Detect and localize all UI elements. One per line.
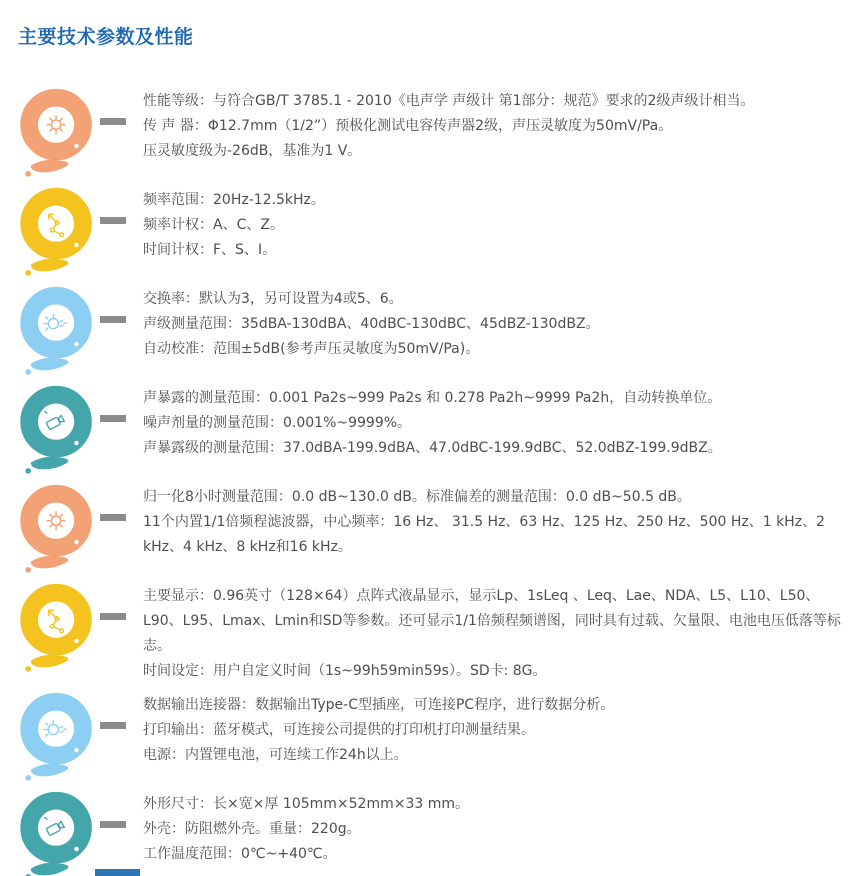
spec-line: 噪声剂量的测量范围：0.001%~9999%。	[143, 411, 845, 436]
bulb-icon	[18, 285, 96, 377]
spec-line: 打印输出：蓝牙模式，可连接公司提供的打印机打印测量结果。	[143, 718, 845, 743]
spec-line: 外壳：防阻燃外壳。重量：220g。	[143, 817, 845, 842]
spec-line: 交换率：默认为3，另可设置为4或5、6。	[143, 287, 845, 312]
share-icon	[18, 582, 96, 674]
spec-section-normalized-range: 归一化8小时测量范围：0.0 dB~130.0 dB。标准偏差的测量范围：0.0…	[18, 483, 850, 575]
spec-line: 主要显示：0.96英寸（128×64）点阵式液晶显示，显示Lp、1sLeq 、L…	[143, 584, 845, 659]
spec-line: 压灵敏度级为-26dB，基准为1 V。	[143, 139, 845, 164]
spec-section-sound-exposure: 声暴露的测量范围：0.001 Pa2s~999 Pa2s 和 0.278 Pa2…	[18, 384, 850, 476]
spec-line: 电源：内置锂电池，可连续工作24h以上。	[143, 743, 845, 768]
spec-line: 性能等级：与符合GB/T 3785.1 - 2010《电声学 声级计 第1部分：…	[143, 89, 845, 114]
connector-dash	[100, 722, 126, 729]
spec-line: 外形尺寸：长×宽×厚 105mm×52mm×33 mm。	[143, 792, 845, 817]
bulb-icon	[18, 691, 96, 783]
connector-dash	[100, 217, 126, 224]
camera-icon	[18, 384, 96, 476]
spec-section-performance: 性能等级：与符合GB/T 3785.1 - 2010《电声学 声级计 第1部分：…	[18, 87, 850, 179]
spec-line: 频率计权：A、C、Z。	[143, 213, 845, 238]
spec-line: 传 声 器：Φ12.7mm（1/2”）预极化测试电容传声器2级，声压灵敏度为50…	[143, 114, 845, 139]
page-title: 主要技术参数及性能	[18, 22, 850, 49]
spec-section-frequency: 频率范围：20Hz-12.5kHz。 频率计权：A、C、Z。 时间计权：F、S、…	[18, 186, 850, 278]
gear-icon	[18, 483, 96, 575]
connector-dash	[100, 821, 126, 828]
spec-line: 频率范围：20Hz-12.5kHz。	[143, 188, 845, 213]
camera-icon	[18, 790, 96, 876]
connector-dash	[100, 316, 126, 323]
spec-section-display: 主要显示：0.96英寸（128×64）点阵式液晶显示，显示Lp、1sLeq 、L…	[18, 582, 850, 684]
spec-line: 时间计权：F、S、I。	[143, 238, 845, 263]
spec-line: 声级测量范围：35dBA-130dBA、40dBC-130dBC、45dBZ-1…	[143, 312, 845, 337]
spec-line: 时间设定：用户自定义时间（1s~99h59min59s）。SD卡: 8G。	[143, 659, 845, 684]
spec-line: 数据输出连接器：数据输出Type-C型插座，可连接PC程序，进行数据分析。	[143, 693, 845, 718]
spec-section-dimensions: 外形尺寸：长×宽×厚 105mm×52mm×33 mm。 外壳：防阻燃外壳。重量…	[18, 790, 850, 876]
connector-dash	[100, 514, 126, 521]
spec-line: 自动校准：范围±5dB(参考声压灵敏度为50mV/Pa)。	[143, 337, 845, 362]
spec-line: 声暴露级的测量范围：37.0dBA-199.9dBA、47.0dBC-199.9…	[143, 436, 845, 461]
spec-section-exchange-rate: 交换率：默认为3，另可设置为4或5、6。 声级测量范围：35dBA-130dBA…	[18, 285, 850, 377]
footer-accent-bar	[95, 869, 140, 876]
spec-page: 主要技术参数及性能 性能等级：与符合GB/T 3785.1 - 2010《电声学…	[0, 0, 850, 876]
spec-section-data-output: 数据输出连接器：数据输出Type-C型插座，可连接PC程序，进行数据分析。 打印…	[18, 691, 850, 783]
connector-dash	[100, 118, 126, 125]
connector-dash	[100, 613, 126, 620]
spec-line: 11个内置1/1倍频程滤波器，中心频率：16 Hz、 31.5 Hz、63 Hz…	[143, 510, 845, 560]
spec-line: 工作温度范围：0℃~+40℃。	[143, 842, 845, 867]
spec-line: 归一化8小时测量范围：0.0 dB~130.0 dB。标准偏差的测量范围：0.0…	[143, 485, 845, 510]
share-icon	[18, 186, 96, 278]
gear-icon	[18, 87, 96, 179]
spec-line: 声暴露的测量范围：0.001 Pa2s~999 Pa2s 和 0.278 Pa2…	[143, 386, 845, 411]
connector-dash	[100, 415, 126, 422]
